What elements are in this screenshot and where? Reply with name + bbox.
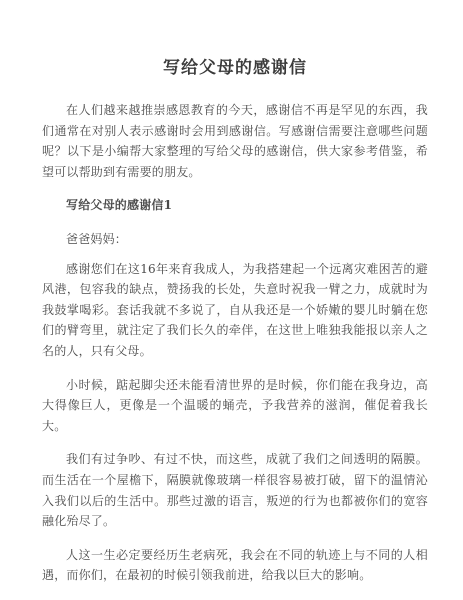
section-heading: 写给父母的感谢信1	[42, 195, 428, 216]
letter-paragraph: 人这一生必定要经历生老病死，我会在不同的轨迹上与不同的人相遇，而你们，在最初的时…	[42, 545, 428, 586]
letter-paragraph: 感谢您们在这16年来育我成人，为我搭建起一个远离灾难困苦的避风港，包容我的缺点，…	[42, 259, 428, 362]
document-title: 写给父母的感谢信	[42, 56, 428, 80]
letter-paragraph: 小时候，踮起脚尖还未能看清世界的是时候，你们能在我身边，高大得像巨人，更像是一个…	[42, 375, 428, 437]
document-page: 写给父母的感谢信 在人们越来越推崇感恩教育的今天，感谢信不再是罕见的东西，我们通…	[0, 0, 463, 600]
letter-paragraph: 我们有过争吵、有过不快，而这些，成就了我们之间透明的隔膜。而生活在一个屋檐下，隔…	[42, 449, 428, 531]
letter-salutation: 爸爸妈妈：	[42, 229, 428, 250]
document-body: 在人们越来越推崇感恩教育的今天，感谢信不再是罕见的东西，我们通常在对别人表示感谢…	[42, 100, 428, 586]
intro-paragraph: 在人们越来越推崇感恩教育的今天，感谢信不再是罕见的东西，我们通常在对别人表示感谢…	[42, 100, 428, 182]
